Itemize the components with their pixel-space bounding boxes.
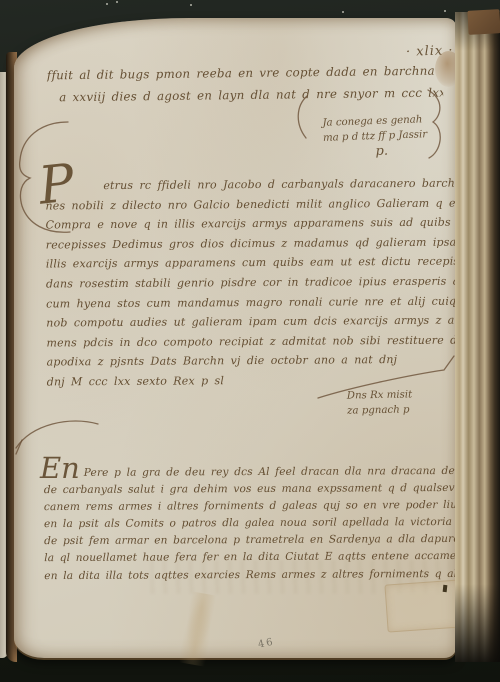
pencil-page-number: 46 [257, 636, 276, 650]
book-corner [467, 9, 500, 35]
margin-note-line: za pgnach p [347, 403, 413, 419]
brace-right-flourish [425, 88, 451, 160]
dust-speck [190, 4, 192, 6]
margin-note-line: Dns Rx misit [347, 388, 413, 404]
dust-speck [106, 3, 108, 5]
margin-note-mark: p. [375, 142, 428, 159]
margin-note-mid: Dns Rx misitza pgnach p [347, 388, 413, 418]
ink-dot [443, 585, 448, 592]
brace-left-flourish [293, 94, 309, 140]
dust-speck [116, 1, 118, 3]
water-stain [177, 591, 219, 667]
margin-note-top: Ja conega es genahma p d ttz ff p Jassir… [322, 113, 428, 161]
book-fore-edge [455, 12, 500, 662]
paragraph-start-flourish [14, 414, 102, 456]
header-block: ffuit al dit bugs pmon reeba en vre copt… [47, 61, 443, 109]
manuscript-page: · xlix · ffuit al dit bugs pmon reeba en… [14, 18, 456, 658]
dust-speck [444, 10, 446, 12]
manuscript-photo: · xlix · ffuit al dit bugs pmon reeba en… [0, 0, 500, 682]
manuscript-line: a xxviij dies d agost en layn dla nat d … [47, 82, 443, 108]
margin-note-lines: Dns Rx misitza pgnach p [347, 388, 413, 418]
repair-patch-stain [384, 579, 463, 632]
dust-speck [342, 11, 344, 13]
margin-note-lines: Ja conega es genahma p d ttz ff p Jassir [322, 113, 427, 146]
